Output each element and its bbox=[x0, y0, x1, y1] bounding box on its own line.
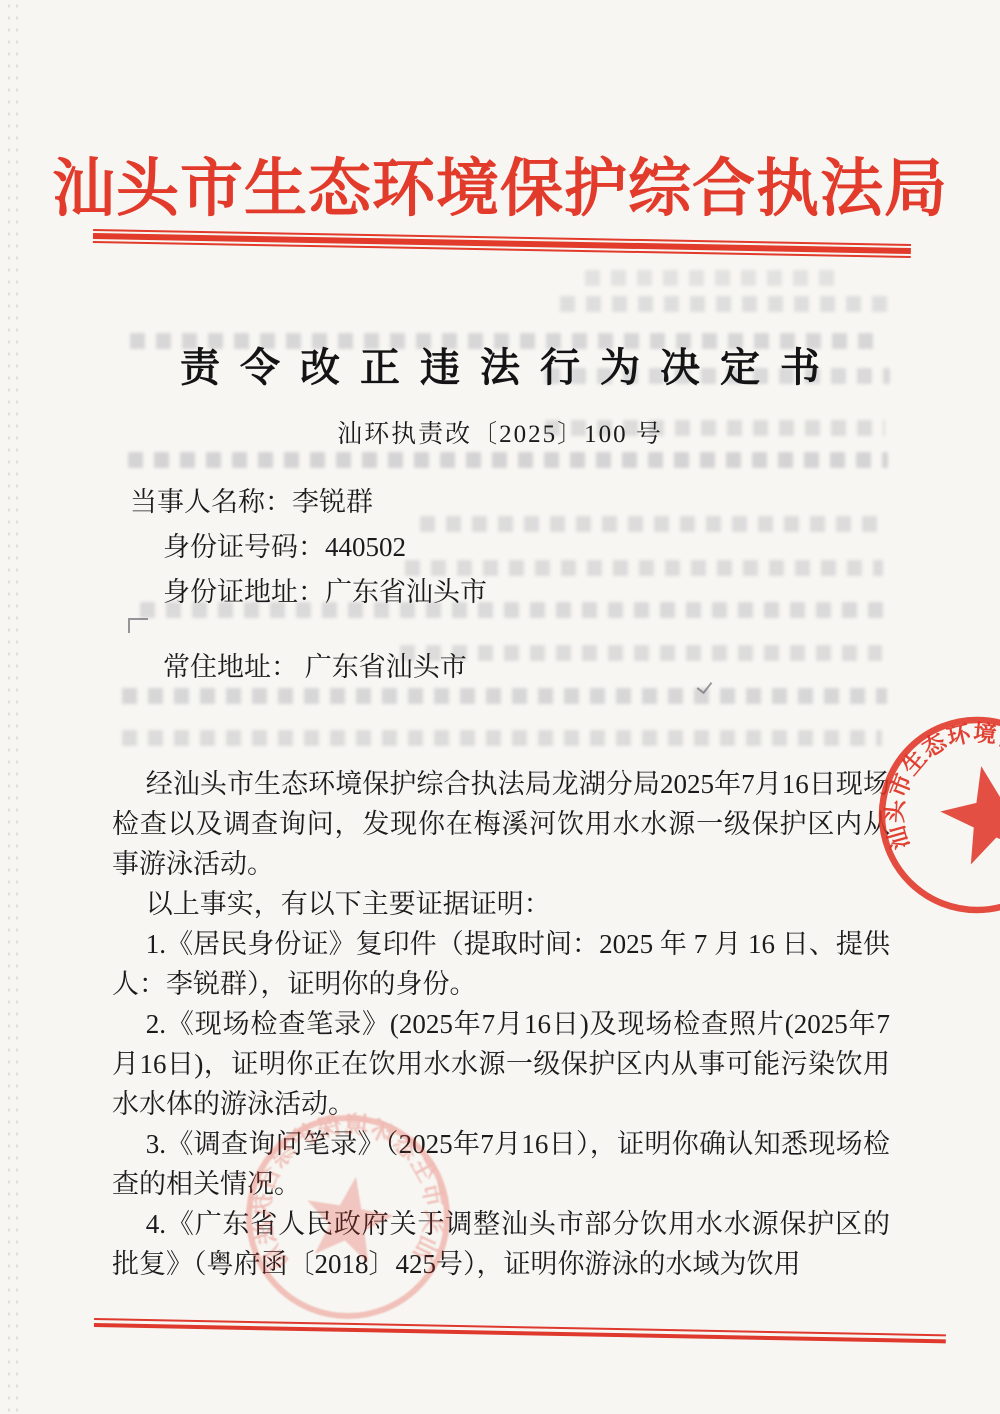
document-body: 经汕头市生态环境保护综合执法局龙湖分局2025年7月16日现场检查以及调查询问，… bbox=[112, 764, 890, 1284]
party-info-block: 当事人名称：李锐群 身份证号码：440502 身份证地址：广东省汕头市 常住地址… bbox=[130, 480, 487, 690]
body-paragraph-evidence-4: 4.《广东省人民政府关于调整汕头市部分饮用水水源保护区的批复》（粤府函〔2018… bbox=[112, 1204, 890, 1284]
body-paragraph-evidence-3: 3.《调查询问笔录》（2025年7月16日），证明你确认知悉现场检查的相关情况。 bbox=[112, 1124, 890, 1204]
document-number: 汕环执责改〔2025〕100 号 bbox=[0, 414, 1000, 450]
body-paragraph-evidence-1: 1.《居民身份证》复印件（提取时间：2025 年 7 月 16 日、提供人：李锐… bbox=[112, 924, 890, 1004]
redaction-artifact-mark bbox=[697, 678, 713, 695]
letterhead-agency-name: 汕头市生态环境保护综合执法局 bbox=[0, 138, 1000, 229]
seal-text: 汕头市生态环境保护综合执法局 bbox=[872, 710, 1000, 852]
document-title: 责令改正违法行为决定书 bbox=[0, 336, 1000, 393]
party-residence-line: 常住地址： 广东省汕头市 bbox=[163, 645, 487, 690]
body-paragraph-evidence-intro: 以上事实，有以下主要证据证明： bbox=[112, 884, 890, 924]
scanned-document-page: 汕头市生态环境保护综合执法局 责令改正违法行为决定书 汕环执责改〔2025〕10… bbox=[0, 0, 1000, 1414]
official-seal-stamp: 汕头市生态环境保护综合执法局 bbox=[872, 710, 1000, 920]
seal-graphic: 汕头市生态环境保护综合执法局 bbox=[872, 710, 1000, 920]
letterhead-divider-rule bbox=[93, 229, 911, 258]
seal-star-icon bbox=[933, 756, 1000, 869]
redaction-artifact-bracket bbox=[128, 618, 148, 633]
body-paragraph-findings: 经汕头市生态环境保护综合执法局龙湖分局2025年7月16日现场检查以及调查询问，… bbox=[112, 764, 890, 884]
bottom-bleedthrough-rule bbox=[94, 1318, 946, 1343]
svg-text:汕头市生态环境保护综合执法局: 汕头市生态环境保护综合执法局 bbox=[872, 710, 1000, 852]
party-id-number-line: 身份证号码：440502 bbox=[163, 525, 487, 570]
body-paragraph-evidence-2: 2.《现场检查笔录》(2025年7月16日)及现场检查照片(2025年7月16日… bbox=[112, 1004, 890, 1124]
party-name-line: 当事人名称：李锐群 bbox=[130, 480, 487, 525]
party-id-address-line: 身份证地址：广东省汕头市 bbox=[163, 570, 487, 615]
